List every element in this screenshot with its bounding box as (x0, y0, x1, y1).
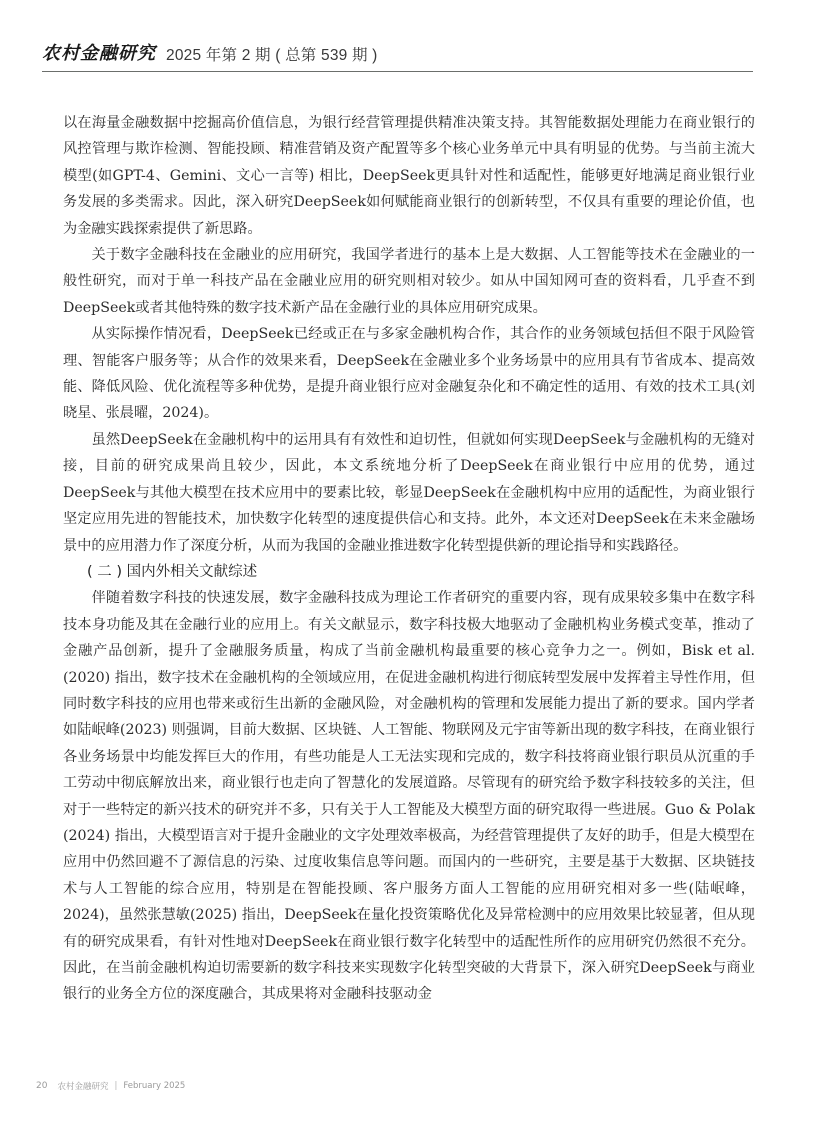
journal-name: 农村金融研究 (42, 39, 156, 65)
paragraph: 以在海量金融数据中挖掘高价值信息，为银行经营管理提供精准决策支持。其智能数据处理… (63, 110, 755, 242)
paragraph: 虽然DeepSeek在金融机构中的运用具有有效性和迫切性，但就如何实现DeepS… (63, 427, 755, 559)
issue-info: 2025 年第 2 期 ( 总第 539 期 ) (166, 43, 378, 65)
paragraph: 从实际操作情况看，DeepSeek已经或正在与多家金融机构合作，其合作的业务领域… (63, 321, 755, 427)
footer-date: February 2025 (123, 1081, 185, 1091)
footer-separator: | (114, 1081, 117, 1091)
article-body: 以在海量金融数据中挖掘高价值信息，为银行经营管理提供精准决策支持。其智能数据处理… (63, 110, 755, 1008)
page-header: 农村金融研究 2025 年第 2 期 ( 总第 539 期 ) (42, 40, 753, 72)
paragraph: 关于数字金融科技在金融业的应用研究，我国学者进行的基本上是大数据、人工智能等技术… (63, 242, 755, 321)
footer-journal-name: 农村金融研究 (57, 1080, 108, 1092)
paragraph: 伴随着数字科技的快速发展，数字金融科技成为理论工作者研究的重要内容，现有成果较多… (63, 585, 755, 1008)
page-number: 20 (36, 1081, 47, 1091)
page-footer: 20 农村金融研究 | February 2025 (36, 1080, 185, 1092)
section-heading: ( 二 ) 国内外相关文献综述 (63, 559, 755, 585)
